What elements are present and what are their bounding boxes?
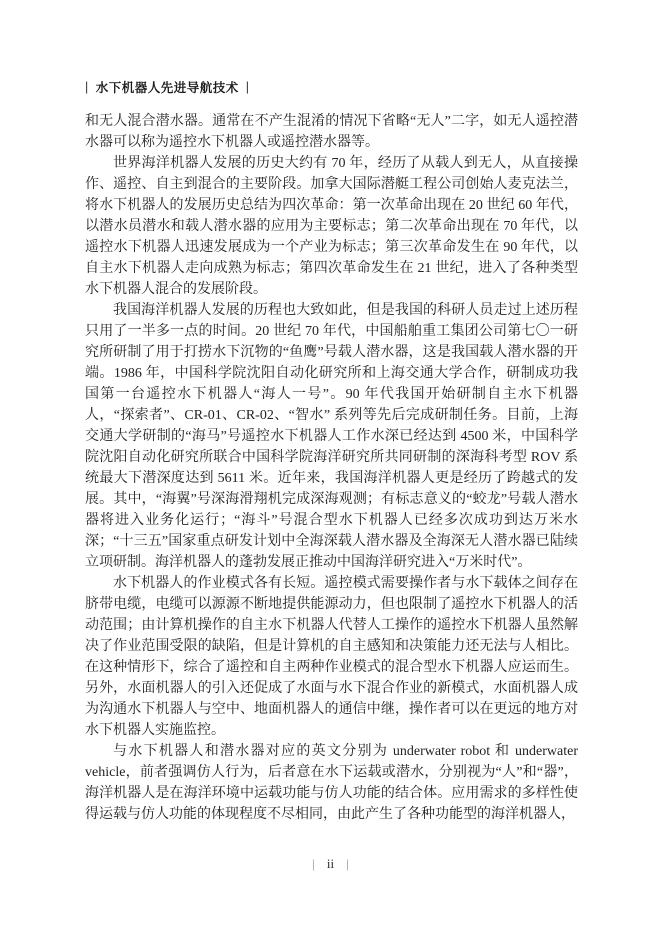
running-title: 水下机器人先进导航技术 (96, 78, 239, 96)
paragraph: 和无人混合潜水器。通常在不产生混淆的情况下省略“无人”二字，如无人遥控潜水器可以… (85, 111, 578, 153)
page-number: ii (327, 856, 334, 871)
running-header: | 水下机器人先进导航技术 | (85, 78, 250, 96)
page-footer: | ii | (0, 856, 661, 872)
paragraph: 与水下机器人和潜水器对应的英文分别为 underwater robot 和 un… (85, 741, 578, 825)
footer-left-bar: | (312, 856, 315, 871)
document-page: | 水下机器人先进导航技术 | 和无人混合潜水器。通常在不产生混淆的情况下省略“… (0, 0, 661, 925)
footer-right-bar: | (346, 856, 349, 871)
header-right-bar: | (246, 80, 250, 94)
paragraph: 世界海洋机器人发展的历史大约有 70 年，经历了从载人到无人，从直接操作、遥控、… (85, 153, 578, 300)
page-body: 和无人混合潜水器。通常在不产生混淆的情况下省略“无人”二字，如无人遥控潜水器可以… (85, 111, 578, 825)
paragraph: 水下机器人的作业模式各有长短。遥控模式需要操作者与水下载体之间存在脐带电缆，电缆… (85, 573, 578, 741)
paragraph: 我国海洋机器人发展的历程也大致如此，但是我国的科研人员走过上述历程只用了一半多一… (85, 300, 578, 573)
header-left-bar: | (85, 80, 89, 94)
